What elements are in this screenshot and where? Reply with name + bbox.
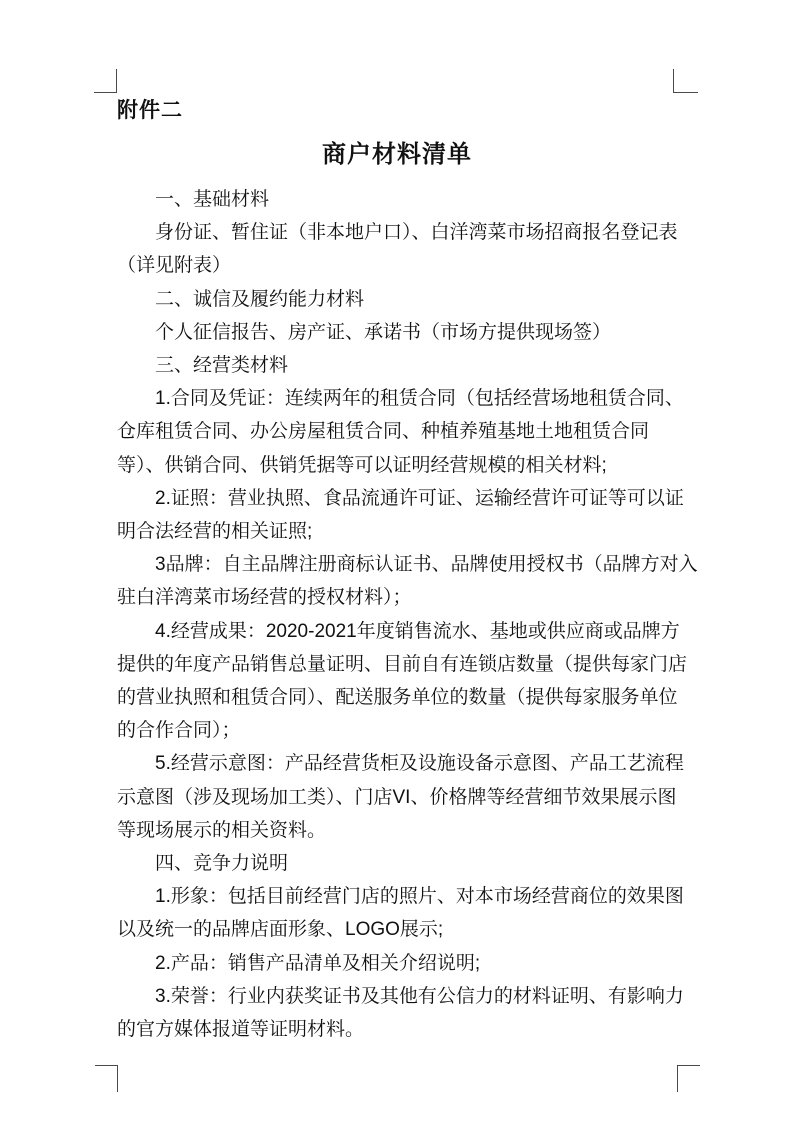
- text-line: 的合作合同）；: [117, 714, 677, 747]
- text-line: 四、竞争力说明: [117, 847, 677, 880]
- text-line: 二、诚信及履约能力材料: [117, 283, 677, 316]
- attachment-label: 附件二: [117, 96, 677, 126]
- margin-mark-bottom-right-icon: [677, 1065, 700, 1092]
- text-line: 驻白洋湾菜市场经营的授权材料）；: [117, 581, 677, 614]
- text-line: 3.荣誉：行业内获奖证书及其他有公信力的材料证明、有影响力: [117, 980, 677, 1013]
- text-line: 2.产品：销售产品清单及相关介绍说明;: [117, 947, 677, 980]
- text-line: 的营业执照和租赁合同）、配送服务单位的数量（提供每家服务单位: [117, 681, 677, 714]
- margin-mark-top-left-icon: [94, 69, 117, 93]
- text-line: 明合法经营的相关证照;: [117, 515, 677, 548]
- text-line: 等）、供销合同、供销凭据等可以证明经营规模的相关材料;: [117, 449, 677, 482]
- text-line: 3品牌：自主品牌注册商标认证书、品牌使用授权书（品牌方对入: [117, 548, 677, 581]
- text-line: 示意图（涉及现场加工类）、门店VI、价格牌等经营细节效果展示图: [117, 781, 677, 814]
- text-line: 1.形象：包括目前经营门店的照片、对本市场经营商位的效果图: [117, 880, 677, 913]
- text-line: 以及统一的品牌店面形象、LOGO展示;: [117, 913, 677, 946]
- text-line: （详见附表）: [117, 249, 677, 282]
- text-line: 5.经营示意图：产品经营货柜及设施设备示意图、产品工艺流程: [117, 747, 677, 780]
- text-line: 个人征信报告、房产证、承诺书（市场方提供现场签）: [117, 316, 677, 349]
- text-line: 身份证、暂住证（非本地户口）、白洋湾菜市场招商报名登记表: [117, 216, 677, 249]
- text-line: 4.经营成果：2020-2021年度销售流水、基地或供应商或品牌方: [117, 615, 677, 648]
- text-line: 仓库租赁合同、办公房屋租赁合同、种植养殖基地土地租赁合同: [117, 415, 677, 448]
- text-line: 三、经营类材料: [117, 349, 677, 382]
- margin-mark-top-right-icon: [673, 69, 698, 93]
- text-line: 提供的年度产品销售总量证明、目前自有连锁店数量（提供每家门店: [117, 648, 677, 681]
- text-line: 的官方媒体报道等证明材料。: [117, 1013, 677, 1046]
- page-title: 商户材料清单: [117, 140, 677, 170]
- text-line: 2.证照：营业执照、食品流通许可证、运输经营许可证等可以证: [117, 482, 677, 515]
- margin-mark-bottom-left-icon: [95, 1065, 118, 1092]
- text-line: 1.合同及凭证：连续两年的租赁合同（包括经营场地租赁合同、: [117, 382, 677, 415]
- text-line: 一、基础材料: [117, 183, 677, 216]
- document-page: 附件二 商户材料清单 一、基础材料身份证、暂住证（非本地户口）、白洋湾菜市场招商…: [0, 0, 794, 1123]
- document-body: 一、基础材料身份证、暂住证（非本地户口）、白洋湾菜市场招商报名登记表（详见附表）…: [117, 183, 677, 1046]
- text-line: 等现场展示的相关资料。: [117, 814, 677, 847]
- document-content: 附件二 商户材料清单 一、基础材料身份证、暂住证（非本地户口）、白洋湾菜市场招商…: [117, 96, 677, 1046]
